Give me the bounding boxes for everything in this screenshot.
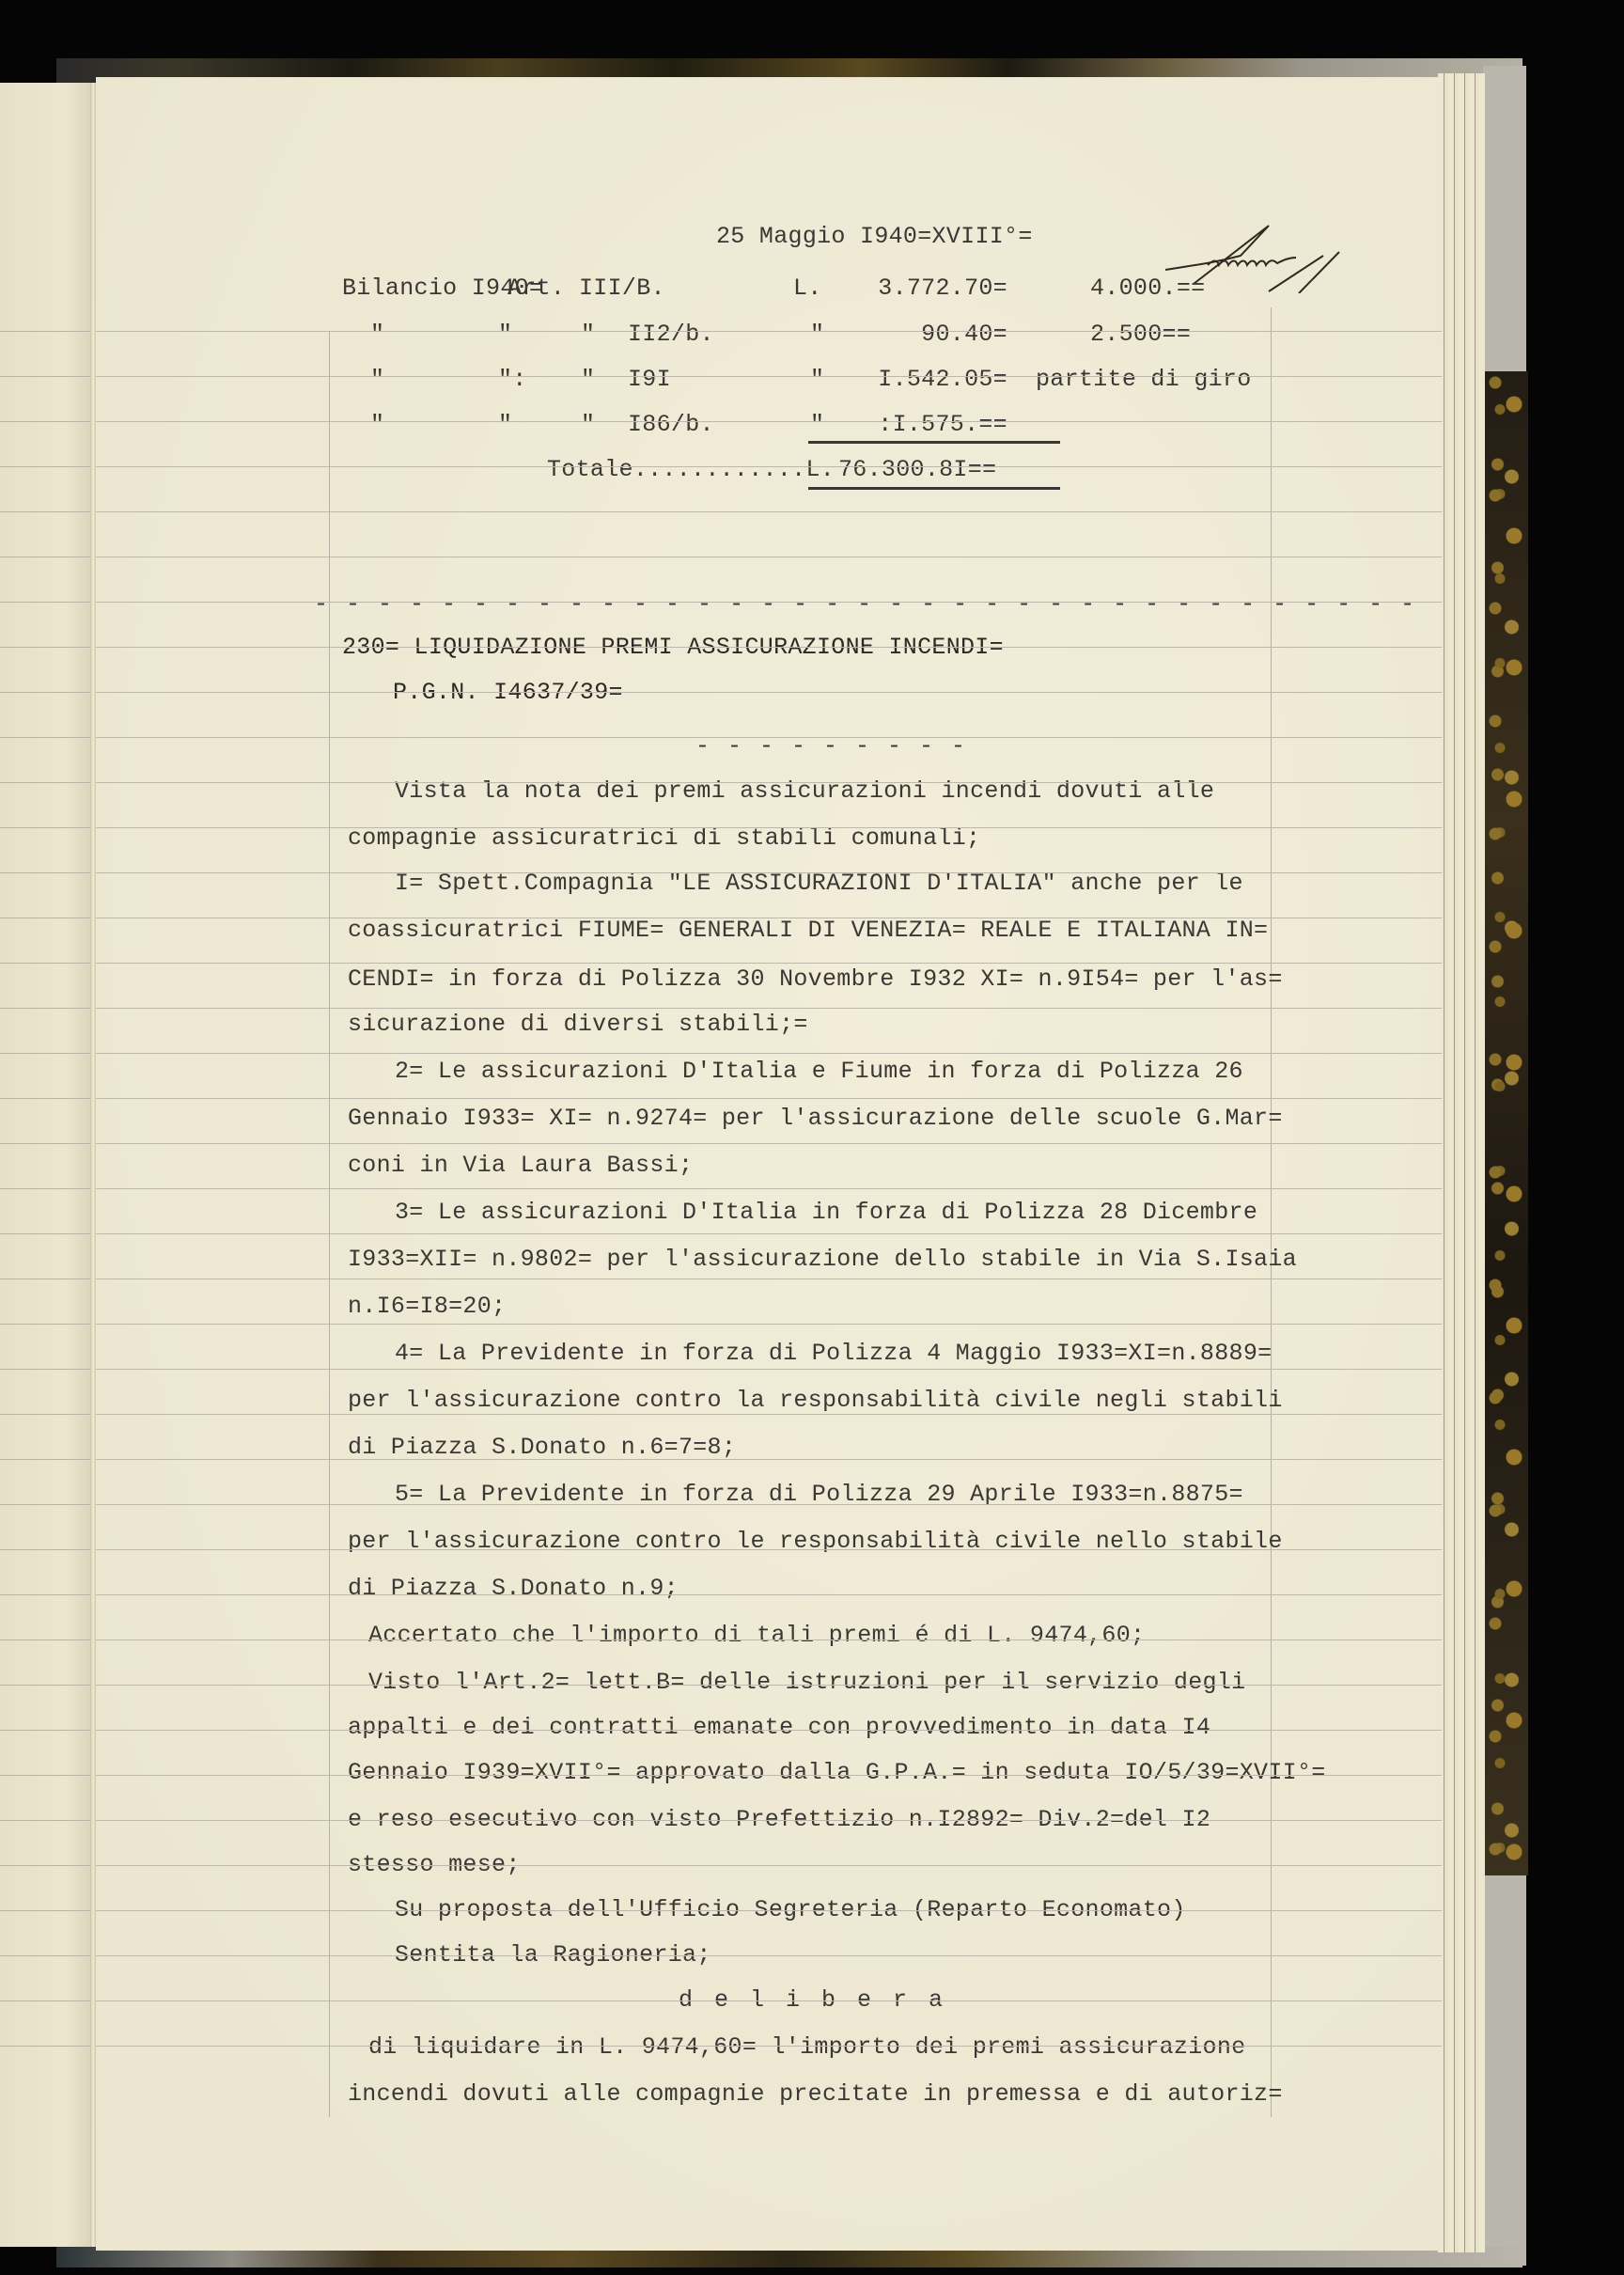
ruled-line [0,602,94,603]
ruled-line [0,331,94,332]
body-line: Accertato che l'importo di tali premi é … [368,1622,1145,1650]
ruled-line [96,602,1442,603]
ruled-line [0,692,94,693]
ruled-line [0,872,94,873]
budget-ditto: " [498,321,512,349]
ruled-line [96,1820,1442,1821]
ruled-line [96,647,1442,648]
budget-amount: :I.575.== [878,411,1007,439]
ruled-line [96,1685,1442,1686]
budget-note: partite di giro [1036,366,1252,394]
body-line: Gennaio I933= XI= n.9274= per l'assicura… [348,1105,1283,1133]
body-line: incendi dovuti alle compagnie precitate … [348,2080,1283,2109]
ruled-line [96,692,1442,693]
ruled-line [0,421,94,422]
total-label: Totale............L. [547,456,835,484]
ruled-line [0,963,94,964]
budget-ditto: " [581,321,595,349]
ruled-line [0,376,94,377]
ruled-line [0,1369,94,1370]
ruled-line [96,1188,1442,1189]
ruled-line [0,918,94,918]
budget-ditto: " [370,366,384,394]
ruled-line [96,782,1442,783]
ruled-line [0,1910,94,1911]
body-line: di Piazza S.Donato n.9; [348,1575,679,1603]
ruled-line [0,1233,94,1234]
body-line: per l'assicurazione contro le responsabi… [348,1528,1283,1556]
ruled-line [0,1685,94,1686]
ruled-line [0,1504,94,1505]
total-underline [808,487,1060,490]
ruled-line [96,963,1442,964]
ruled-line [96,1459,1442,1460]
ruled-line [0,782,94,783]
budget-article: I86/b. [628,411,714,439]
amount-underline [808,441,1060,444]
budget-currency: " [810,366,824,394]
body-line: CENDI= in forza di Polizza 30 Novembre I… [348,965,1283,994]
body-line: 2= Le assicurazioni D'Italia e Fiume in … [395,1058,1243,1086]
budget-amount: 3.772.70= [878,275,1007,303]
ruled-line [0,1414,94,1415]
ruled-line [0,1730,94,1731]
document-page: 25 Maggio I940=XVIII°= Bilancio I940=Art… [96,77,1442,2251]
ruled-line [0,2000,94,2001]
budget-ditto: ": [498,366,527,394]
ruled-line [96,557,1442,557]
ruled-line [96,1865,1442,1866]
ruled-line [0,737,94,738]
section-reference: P.G.N. I4637/39= [393,679,623,707]
budget-article: III/B. [579,275,665,303]
ruled-line [96,1730,1442,1731]
section-separator-long: - - - - - - - - - - - - - - - - - - - - … [314,590,1416,618]
budget-note: 2.500== [1090,321,1191,349]
budget-art-prefix: Art. [507,275,565,303]
body-line: I933=XII= n.9802= per l'assicurazione de… [348,1246,1297,1274]
body-line: di liquidare in L. 9474,60= l'importo de… [368,2033,1245,2062]
body-line: 3= Le assicurazioni D'Italia in forza di… [395,1199,1257,1227]
ruled-line [96,1143,1442,1144]
ruled-line [0,466,94,467]
ruled-line [0,1324,94,1325]
body-line: Visto l'Art.2= lett.B= delle istruzioni … [368,1669,1245,1697]
page-stack-edge [1438,73,1485,2252]
ruled-line [0,1594,94,1595]
ruled-line [96,1414,1442,1415]
ruled-line [96,1640,1442,1640]
budget-currency: L. [793,275,822,303]
ruled-line [96,466,1442,467]
ruled-line [0,1549,94,1550]
budget-ditto: " [498,411,512,439]
body-line: Gennaio I939=XVII°= approvato dalla G.P.… [348,1759,1326,1787]
left-facing-page [0,83,94,2247]
ruled-line [96,918,1442,918]
ruled-line [96,1053,1442,1054]
document-date: 25 Maggio I940=XVIII°= [716,223,1033,251]
ruled-line [0,1775,94,1776]
ruled-line [0,511,94,512]
budget-amount: I.542.05= [878,366,1007,394]
ruled-line [0,827,94,828]
ruled-line [0,1143,94,1144]
ruled-line [96,1504,1442,1505]
budget-currency: " [810,411,824,439]
ruled-line [96,1279,1442,1279]
ruled-line [96,1775,1442,1776]
ruled-line [96,1369,1442,1370]
ruled-line [0,1279,94,1279]
body-line: coassicuratrici FIUME= GENERALI DI VENEZ… [348,917,1268,945]
ruled-line [96,827,1442,828]
ruled-line [96,1910,1442,1911]
body-line: I= Spett.Compagnia "LE ASSICURAZIONI D'I… [395,870,1243,898]
ruled-line [0,2046,94,2047]
budget-article: I9I [628,366,671,394]
ruled-line [96,872,1442,873]
budget-note: 4.000.== [1090,275,1205,303]
budget-ditto: " [370,321,384,349]
body-line: sicurazione di diversi stabili;= [348,1011,808,1039]
body-line: appalti e dei contratti emanate con prov… [348,1714,1210,1742]
budget-ditto: " [581,411,595,439]
ruled-line [0,1640,94,1640]
ruled-line [0,557,94,557]
budget-ditto: " [581,366,595,394]
right-margin-rule [1271,307,1272,2117]
ruled-line [96,2046,1442,2047]
ruled-line [0,1459,94,1460]
ruled-line [96,1549,1442,1550]
body-line: coni in Via Laura Bassi; [348,1152,693,1180]
budget-amount: 90.40= [921,321,1007,349]
ruled-line [96,1008,1442,1009]
section-title: 230= LIQUIDAZIONE PREMI ASSICURAZIONE IN… [342,634,1004,662]
budget-ditto: " [370,411,384,439]
budget-article: II2/b. [628,321,714,349]
ruled-line [96,511,1442,512]
total-amount: 76.300.8I== [838,456,996,484]
budget-currency: " [810,321,824,349]
ruled-line [0,1865,94,1866]
ruled-line [96,1098,1442,1099]
body-line: compagnie assicuratrici di stabili comun… [348,824,980,853]
marbled-cover-strip [1481,371,1528,1875]
ruled-line [96,1324,1442,1325]
body-line: per l'assicurazione contro la responsabi… [348,1387,1283,1415]
ruled-line [96,737,1442,738]
ruled-line [0,1955,94,1956]
ruled-line [96,1594,1442,1595]
ruled-line [0,647,94,648]
ruled-line [0,1008,94,1009]
ruled-line [0,1188,94,1189]
ruled-line [96,1233,1442,1234]
ruled-line [96,2000,1442,2001]
ruled-line [96,1955,1442,1956]
ruled-line [96,421,1442,422]
body-line: di Piazza S.Donato n.6=7=8; [348,1434,736,1462]
ruled-line [96,376,1442,377]
ruled-line [0,1053,94,1054]
ruled-line [96,331,1442,332]
body-line: 4= La Previdente in forza di Polizza 4 M… [395,1340,1272,1368]
body-line: n.I6=I8=20; [348,1293,506,1321]
ruled-line [0,1098,94,1099]
ruled-line [0,1820,94,1821]
